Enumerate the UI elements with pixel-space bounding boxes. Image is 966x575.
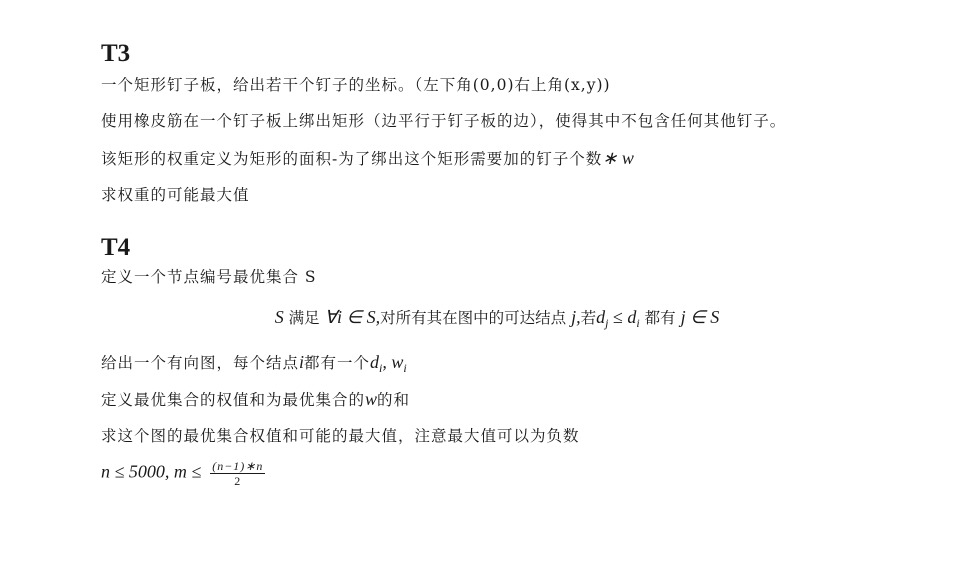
formula-S: S	[275, 307, 284, 327]
t4-line-2-di-wi: di, wi	[370, 352, 407, 372]
t4-display-formula: S 满足 ∀i ∈ S,对所有其在图中的可达结点 j,若dj ≤ di 都有 j…	[101, 306, 893, 329]
t4-line-4: 求这个图的最优集合权值和可能的最大值，注意最大值可以为负数	[101, 425, 580, 447]
t3-line-1: 一个矩形钉子板，给出若干个钉子的坐标。（左下角(0,0)右上角(x,y))	[101, 74, 611, 96]
formula-text-2: 对所有其在图中的可达结点	[380, 309, 566, 327]
t4-line-3-w: w	[365, 389, 377, 409]
t3-line-3: 该矩形的权重定义为矩形的面积-为了绑出这个矩形需要加的钉子个数∗ w	[101, 147, 634, 170]
formula-dj: dj	[596, 307, 608, 327]
constraint-fraction: (n−1)∗n 2	[210, 460, 265, 487]
formula-j-in-S: j ∈ S	[681, 307, 720, 327]
formula-text-1: 满足	[289, 309, 320, 327]
t3-line-3-math: ∗ w	[602, 148, 634, 168]
t3-line-3-text: 该矩形的权重定义为矩形的面积-为了绑出这个矩形需要加的钉子个数	[101, 150, 602, 168]
formula-text-3: 若	[581, 309, 597, 327]
formula-di: di	[627, 307, 639, 327]
t4-line-3: 定义最优集合的权值和为最优集合的w的和	[101, 388, 410, 411]
t4-line-2: 给出一个有向图，每个结点i都有一个di, wi	[101, 351, 407, 374]
t4-line-2-text-a: 给出一个有向图，每个结点	[101, 354, 299, 372]
section-title-t3: T3	[101, 40, 130, 68]
t4-line-1: 定义一个节点编号最优集合 S	[101, 266, 317, 288]
formula-j: j,	[571, 307, 581, 327]
t4-line-3-text-a: 定义最优集合的权值和为最优集合的	[101, 391, 365, 409]
formula-text-4: 都有	[645, 309, 676, 327]
t4-constraint: n ≤ 5000, m ≤ (n−1)∗n 2	[101, 460, 265, 487]
section-title-t4: T4	[101, 234, 130, 262]
formula-forall: ∀i ∈ S,	[325, 307, 381, 327]
constraint-left: n ≤ 5000, m ≤	[101, 462, 201, 482]
formula-leq: ≤	[608, 307, 627, 327]
t4-line-3-text-b: 的和	[377, 391, 410, 409]
t3-line-2: 使用橡皮筋在一个钉子板上绑出矩形（边平行于钉子板的边），使得其中不包含任何其他钉…	[101, 110, 786, 132]
fraction-denominator: 2	[210, 474, 265, 487]
t4-line-2-text-b: 都有一个	[304, 354, 370, 372]
t3-line-4: 求权重的可能最大值	[101, 184, 250, 206]
fraction-numerator: (n−1)∗n	[210, 460, 265, 474]
